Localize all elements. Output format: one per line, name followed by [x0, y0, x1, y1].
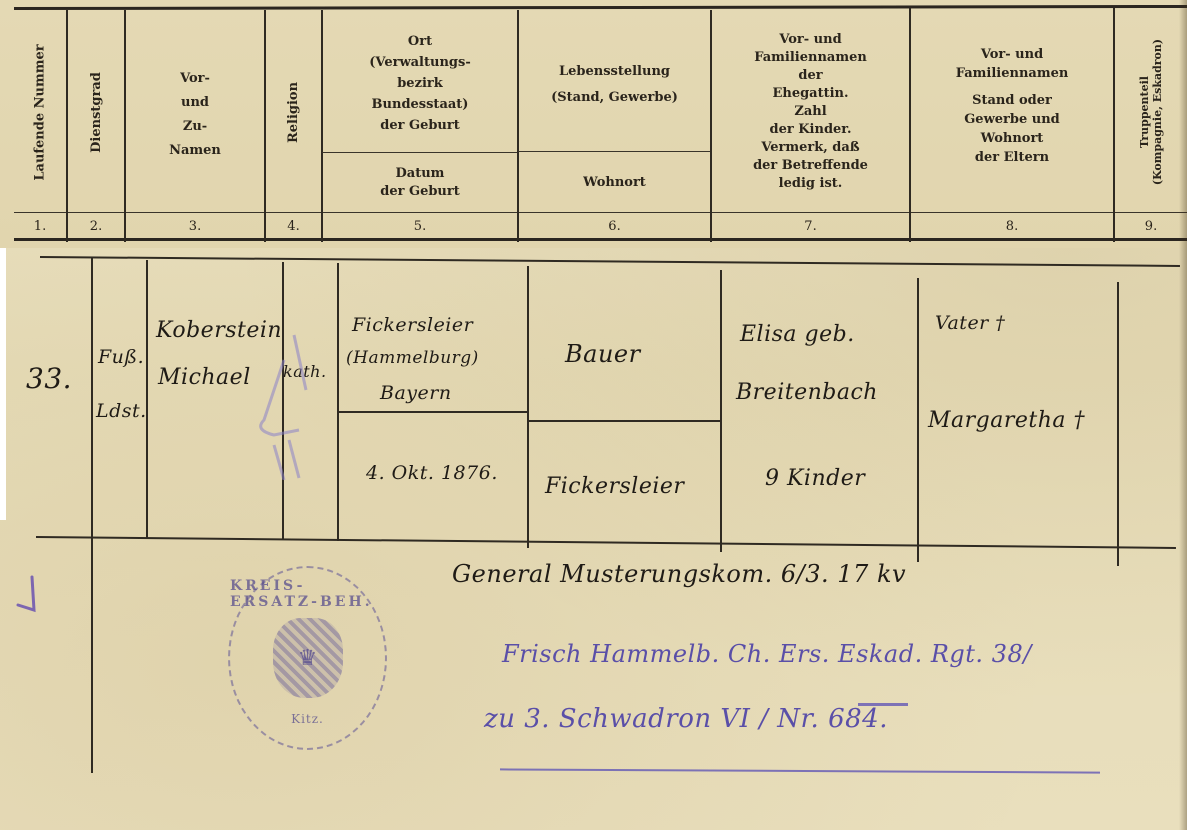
entry-birthplace: Fickersleier — [352, 314, 473, 336]
purple-pencil-mark — [244, 330, 314, 480]
entry-divider — [917, 278, 919, 562]
remark-purple-line1: Frisch Hammelb. Ch. Ers. Eskad. Rgt. 38/ — [502, 640, 1032, 668]
entry-residence: Fickersleier — [545, 474, 684, 499]
column-number-rule — [14, 212, 1187, 213]
scan-edge — [0, 248, 6, 520]
entry-divider — [146, 260, 148, 538]
entry-col6-subdivider — [528, 420, 720, 422]
check-mark-icon — [16, 575, 38, 615]
entry-occupation: Bauer — [565, 340, 641, 368]
stamp-ring-text: KREIS-ERSATZ-BEH. — [230, 578, 385, 610]
header-wohnort: Wohnort — [519, 155, 710, 211]
column-number-7: 7. — [712, 214, 909, 238]
column-5-subdivider — [322, 152, 517, 153]
header-laufende-nummer: Laufende Nummer — [14, 12, 66, 212]
column-number-2: 2. — [68, 214, 124, 238]
header-religion: Religion — [266, 12, 321, 212]
remark-fraction-bar — [858, 703, 908, 706]
crown-crest-icon: ♛ — [273, 618, 343, 698]
entry-given-name: Michael — [158, 365, 251, 390]
column-number-1: 1. — [14, 214, 66, 238]
entry-top-rule — [40, 256, 1180, 267]
entry-birth-date: 4. Okt. 1876. — [366, 462, 498, 484]
header-bottom-rule — [14, 238, 1187, 241]
entry-bottom-rule — [36, 536, 1176, 549]
header-ehegattin-kinder: Vor- und Familiennamen der Ehegattin. Za… — [712, 14, 909, 210]
document-page: Laufende Nummer Dienstgrad Vor- und Zu- … — [0, 0, 1187, 830]
stamp-bottom-text: Kitz. — [291, 712, 324, 726]
entry-running-number: 33. — [26, 362, 72, 395]
header-eltern: Vor- und Familiennamen Stand oder Gewerb… — [911, 36, 1113, 176]
column-number-4: 4. — [266, 214, 321, 238]
entry-divider — [527, 266, 529, 548]
header-lebensstellung: Lebensstellung (Stand, Gewerbe) — [519, 40, 710, 130]
entry-father: Vater † — [935, 312, 1005, 334]
remark-musterung: General Musterungskom. 6/3. 17 kv — [452, 560, 906, 588]
form-header: Laufende Nummer Dienstgrad Vor- und Zu- … — [0, 0, 1187, 248]
entry-divider — [91, 258, 93, 773]
column-number-5: 5. — [323, 214, 517, 238]
header-ort-der-geburt: Ort (Verwaltungs- bezirk Bundesstaat) de… — [323, 18, 517, 148]
entry-divider — [1117, 282, 1119, 566]
remark-underline — [500, 768, 1100, 773]
remark-purple-line2: zu 3. Schwadron VI / Nr. 684. — [484, 704, 888, 734]
entry-spouse-name: Elisa geb. — [740, 322, 855, 347]
entry-spouse-maiden-name: Breitenbach — [736, 380, 878, 405]
header-truppenteil: Truppenteil (Kompagnie, Eskadron) — [1115, 12, 1187, 212]
entry-divider — [337, 263, 339, 541]
entry-birthplace-district: (Hammelburg) — [346, 348, 479, 368]
column-number-6: 6. — [519, 214, 710, 238]
page-spine-shadow — [1179, 0, 1187, 830]
header-datum-der-geburt: Datum der Geburt — [323, 155, 517, 211]
entry-rank-line2: Ldst. — [96, 400, 147, 422]
column-number-9: 9. — [1115, 214, 1187, 238]
entry-birthplace-state: Bayern — [380, 382, 452, 404]
entry-col5-subdivider — [338, 411, 527, 413]
entry-children-count: 9 Kinder — [765, 466, 865, 491]
column-6-subdivider — [518, 151, 710, 152]
column-number-8: 8. — [911, 214, 1113, 238]
header-top-rule — [14, 5, 1187, 10]
entry-rank-line1: Fuß. — [98, 346, 144, 368]
column-number-3: 3. — [126, 214, 264, 238]
entry-mother: Margaretha † — [928, 408, 1085, 433]
header-vor-und-zunamen: Vor- und Zu- Namen — [126, 40, 264, 190]
entry-divider — [720, 270, 722, 552]
header-dienstgrad: Dienstgrad — [68, 12, 124, 212]
official-stamp: KREIS-ERSATZ-BEH. ♛ Kitz. — [228, 566, 387, 750]
